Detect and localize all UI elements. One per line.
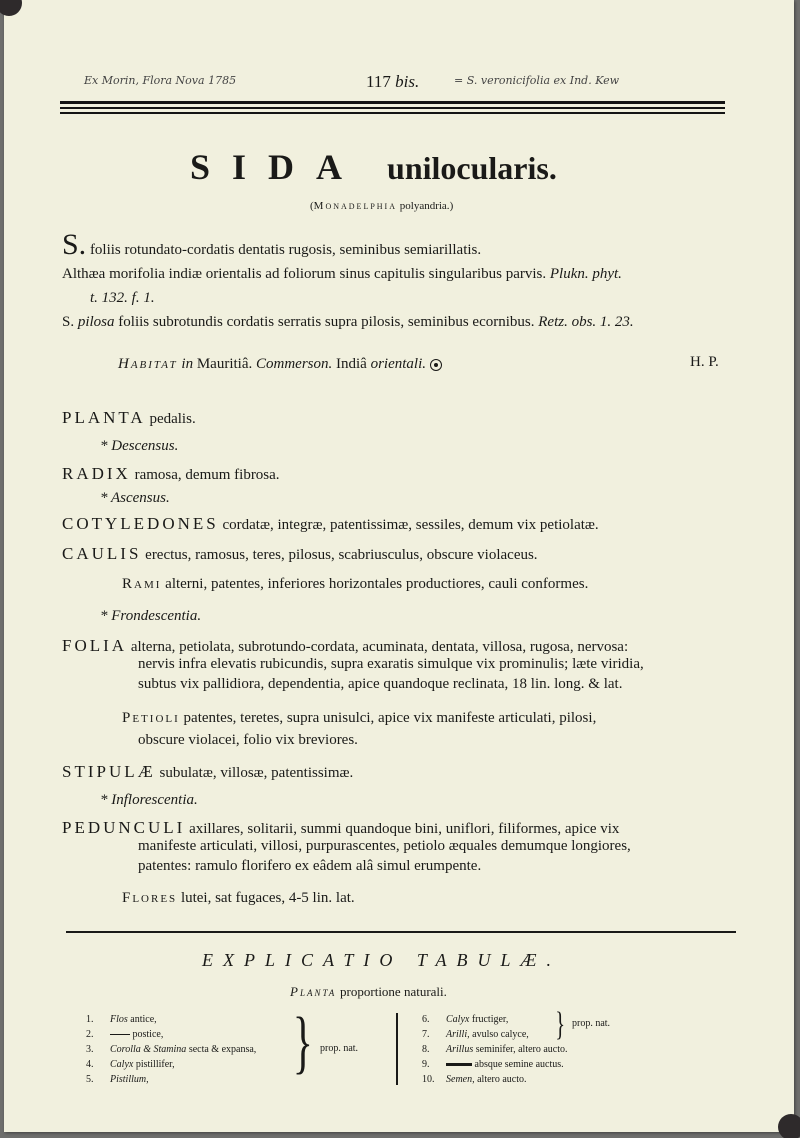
desc-term: CAULIS: [62, 544, 141, 563]
habitat-place: Mauritiâ.: [197, 356, 252, 372]
genus-name: SIDA: [190, 147, 364, 187]
desc-subterm: Rami: [122, 576, 161, 592]
brace-right: }: [555, 1008, 565, 1042]
page-number-value: 117: [366, 72, 391, 91]
section-inflorescentia: * Inflorescentia.: [100, 792, 198, 809]
explicatio-subtitle-caps: Planta: [290, 984, 336, 999]
synonym-text: foliis subrotundis cordatis serratis sup…: [118, 314, 534, 330]
desc-text: lutei, sat fugaces, 4-5 lin. lat.: [181, 890, 355, 906]
figure-desc: fructiger,: [472, 1014, 509, 1025]
synonym-lead: S.: [62, 228, 86, 261]
synonym-lead: S.: [62, 314, 74, 330]
figure-desc: absque semine auctus.: [475, 1059, 564, 1070]
desc-text: alterni, patentes, inferiores horizontal…: [165, 576, 588, 592]
desc-subterm: Flores: [122, 890, 177, 906]
desc-rami: Rami alterni, patentes, inferiores horiz…: [122, 576, 588, 593]
desc-pedunculi-cont-2: patentes: ramulo florifero ex eâdem alâ …: [138, 858, 481, 875]
ditto-dash: [110, 1034, 130, 1036]
figure-desc: antice,: [130, 1014, 156, 1025]
explicatio-subtitle: Planta proportione naturali.: [290, 984, 447, 1001]
figure-item: 4.Calyx pistillifer,: [86, 1057, 256, 1072]
figure-term: Pistillum,: [110, 1074, 149, 1085]
desc-text: erectus, ramosus, teres, pilosus, scabri…: [145, 547, 537, 563]
desc-pedunculi-cont-1: manifeste articulati, villosi, purpurasc…: [138, 838, 631, 855]
desc-term: RADIX: [62, 464, 131, 483]
figure-num: 5.: [86, 1072, 110, 1087]
desc-petioli-cont: obscure violacei, folio vix breviores.: [138, 732, 358, 749]
page-number-suffix: bis.: [395, 72, 419, 91]
habitat-place-2-adj: orientali.: [371, 356, 426, 372]
desc-subterm: Petioli: [122, 710, 180, 726]
figure-item: 8.Arillus seminifer, altero aucto.: [422, 1042, 568, 1057]
desc-cotyledones: COTYLEDONES cordatæ, integræ, patentissi…: [62, 514, 599, 534]
ditto-dash: [446, 1063, 472, 1066]
desc-folia: FOLIA alterna, petiolata, subrotundo-cor…: [62, 636, 628, 656]
desc-text: axillares, solitarii, summi quandoque bi…: [189, 821, 619, 837]
habitat-label: Habitat: [118, 356, 178, 372]
figure-list-left: 1.Flos antice, 2. postice, 3.Corolla & S…: [86, 1012, 256, 1087]
desc-pedunculi: PEDUNCULI axillares, solitarii, summi qu…: [62, 818, 619, 838]
desc-text: alterna, petiolata, subrotundo-cordata, …: [131, 639, 628, 655]
handwritten-note-left: Ex Morin, Flora Nova 1785: [84, 74, 236, 87]
page-number: 117 bis.: [366, 72, 419, 92]
desc-flores: Flores lutei, sat fugaces, 4-5 lin. lat.: [122, 890, 355, 907]
figure-desc: altero aucto.: [477, 1074, 526, 1085]
synonym-2: Althæa morifolia indiæ orientalis ad fol…: [62, 266, 622, 283]
figure-item: 9. absque semine auctus.: [422, 1057, 568, 1072]
synonym-text: Althæa morifolia indiæ orientalis ad fol…: [62, 266, 546, 282]
brace-left: }: [293, 1008, 313, 1078]
desc-text: pedalis.: [149, 411, 195, 427]
desc-planta: PLANTA pedalis.: [62, 408, 196, 428]
binder-clip-top-left: [0, 0, 22, 16]
figure-term: Arillus: [446, 1044, 473, 1055]
figure-term: Flos: [110, 1014, 128, 1025]
figure-term: Semen,: [446, 1074, 475, 1085]
figure-num: 4.: [86, 1057, 110, 1072]
figure-num: 6.: [422, 1012, 446, 1027]
synonym-2-ref-cont: t. 132. f. 1.: [90, 290, 155, 307]
desc-text: cordatæ, integræ, patentissimæ, sessiles…: [222, 517, 598, 533]
desc-text: patentes, teretes, supra unisulci, apice…: [184, 710, 597, 726]
habitat-collector: Commerson.: [256, 356, 332, 372]
desc-petioli: Petioli patentes, teretes, supra unisulc…: [122, 710, 596, 727]
figure-desc: postice,: [133, 1029, 164, 1040]
header-rules: [60, 101, 725, 114]
figure-term: Calyx: [110, 1059, 133, 1070]
classification: (Monadelphia polyandria.): [310, 200, 453, 212]
desc-folia-cont-1: nervis infra elevatis rubicundis, supra …: [138, 656, 644, 673]
desc-term: FOLIA: [62, 636, 127, 655]
section-descensus: * Descensus.: [100, 438, 178, 455]
habitat-right-mark: H. P.: [690, 354, 719, 371]
synonym-epithet: pilosa: [78, 314, 115, 330]
species-name: unilocularis.: [387, 150, 557, 186]
figure-desc: secta & expansa,: [189, 1044, 256, 1055]
figure-num: 1.: [86, 1012, 110, 1027]
synonym-reference: Plukn. phyt.: [550, 266, 622, 282]
synonym-reference: Retz. obs. 1. 23.: [538, 314, 633, 330]
perennial-symbol-icon: [430, 359, 442, 371]
explicatio-subtitle-rest: proportione naturali.: [340, 984, 447, 999]
desc-folia-cont-2: subtus vix pallidiora, dependentia, apic…: [138, 676, 622, 693]
section-frondescentia: * Frondescentia.: [100, 608, 201, 625]
column-divider: [396, 1013, 398, 1085]
classification-order: polyandria.: [400, 200, 450, 212]
figure-list-right: 6.Calyx fructiger, 7.Arilli, avulso caly…: [422, 1012, 568, 1087]
desc-term: STIPULÆ: [62, 762, 156, 781]
figure-item: 10.Semen, altero aucto.: [422, 1072, 568, 1087]
habitat-in: in: [181, 356, 193, 372]
handwritten-note-right: = S. veronicifolia ex Ind. Kew: [454, 74, 619, 87]
figure-item: 6.Calyx fructiger,: [422, 1012, 568, 1027]
page-title: SIDA unilocularis.: [190, 146, 557, 188]
figure-term: Calyx: [446, 1014, 469, 1025]
section-ascensus: * Ascensus.: [100, 490, 170, 507]
figure-num: 9.: [422, 1057, 446, 1072]
figure-desc: seminifer, altero aucto.: [476, 1044, 568, 1055]
habitat-place-2: Indiâ: [336, 356, 367, 372]
figure-item: 2. postice,: [86, 1027, 256, 1042]
classification-class: Monadelphia: [314, 200, 397, 212]
figure-num: 8.: [422, 1042, 446, 1057]
figure-item: 5.Pistillum,: [86, 1072, 256, 1087]
document-page: Ex Morin, Flora Nova 1785 117 bis. = S. …: [4, 0, 794, 1132]
figure-desc: pistillifer,: [136, 1059, 175, 1070]
figure-item: 1.Flos antice,: [86, 1012, 256, 1027]
figure-term: Arilli,: [446, 1029, 470, 1040]
figure-desc: avulso calyce,: [472, 1029, 529, 1040]
habitat: Habitat in Mauritiâ. Commerson. Indiâ or…: [118, 356, 442, 373]
desc-term: PLANTA: [62, 408, 146, 427]
bracket-label-left: prop. nat.: [320, 1043, 358, 1054]
synonym-text: foliis rotundato-cordatis dentatis rugos…: [90, 242, 481, 258]
desc-radix: RADIX ramosa, demum fibrosa.: [62, 464, 280, 484]
synonym-1: S. foliis rotundato-cordatis dentatis ru…: [62, 228, 481, 262]
figure-num: 2.: [86, 1027, 110, 1042]
bracket-label-right: prop. nat.: [572, 1018, 610, 1029]
synonym-3: S. pilosa foliis subrotundis cordatis se…: [62, 314, 634, 331]
desc-term: PEDUNCULI: [62, 818, 185, 837]
desc-term: COTYLEDONES: [62, 514, 219, 533]
binder-clip-bottom-right: [778, 1114, 800, 1138]
figure-num: 7.: [422, 1027, 446, 1042]
desc-stipulae: STIPULÆ subulatæ, villosæ, patentissimæ.: [62, 762, 353, 782]
explicatio-title: EXPLICATIO TABULÆ.: [202, 950, 561, 971]
figure-term: Corolla & Stamina: [110, 1044, 186, 1055]
desc-caulis: CAULIS erectus, ramosus, teres, pilosus,…: [62, 544, 538, 564]
figure-num: 3.: [86, 1042, 110, 1057]
desc-text: ramosa, demum fibrosa.: [135, 467, 280, 483]
section-divider: [66, 931, 736, 933]
figure-num: 10.: [422, 1072, 446, 1087]
figure-item: 7.Arilli, avulso calyce,: [422, 1027, 568, 1042]
figure-item: 3.Corolla & Stamina secta & expansa,: [86, 1042, 256, 1057]
desc-text: subulatæ, villosæ, patentissimæ.: [159, 765, 353, 781]
